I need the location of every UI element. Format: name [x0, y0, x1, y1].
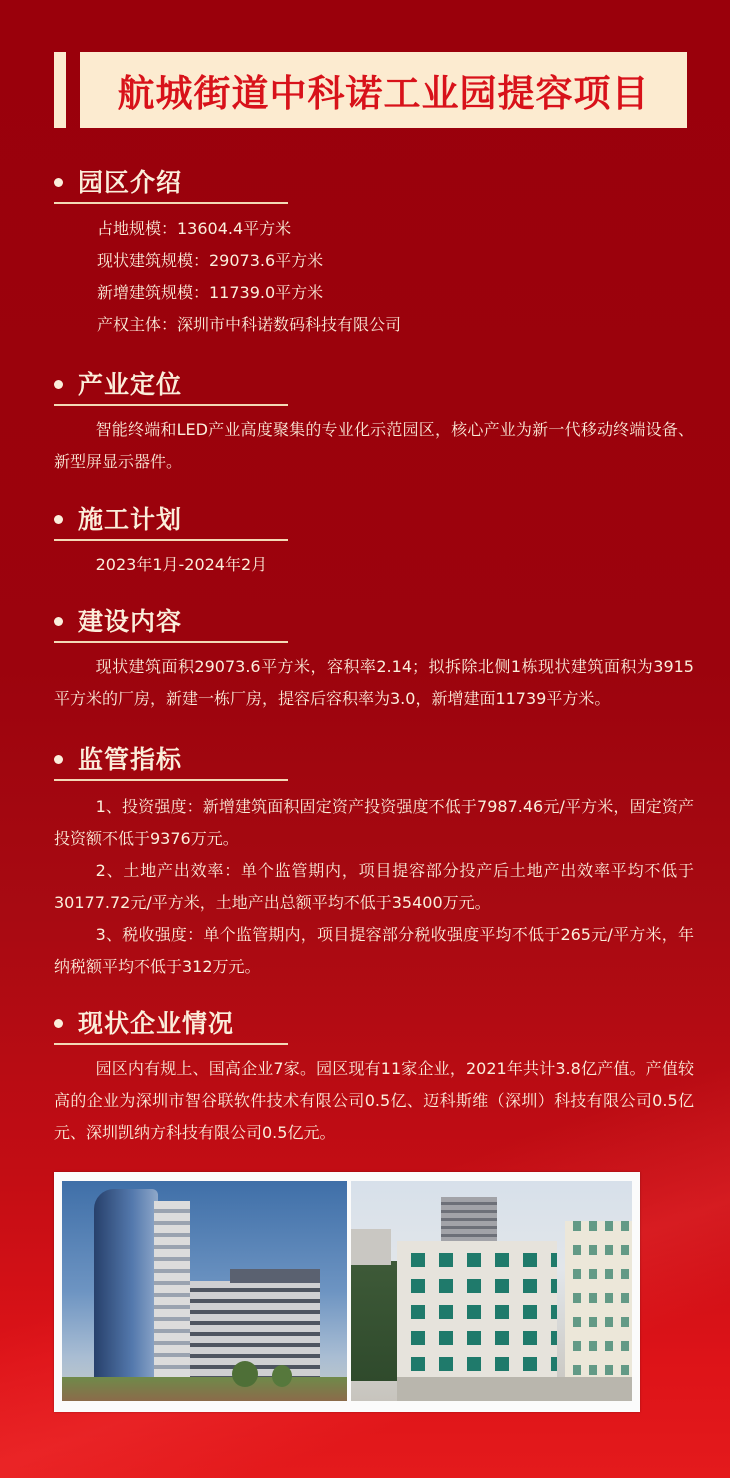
heading-text: 现状企业情况	[78, 1004, 234, 1040]
section-heading: 园区介绍	[54, 160, 288, 204]
heading-text: 园区介绍	[78, 163, 182, 199]
photo-frame	[54, 1172, 640, 1412]
title-banner: 航城街道中科诺工业园提容项目	[54, 52, 687, 128]
section-park-intro: 园区介绍 占地规模：13604.4平方米 现状建筑规模：29073.6平方米 新…	[54, 160, 694, 341]
bullet-icon	[54, 1019, 63, 1028]
bullet-icon	[54, 617, 63, 626]
section-schedule: 施工计划 2023年1月-2024年2月	[54, 497, 694, 581]
industry-text: 智能终端和LED产业高度聚集的专业化示范园区，核心产业为新一代移动终端设备、新型…	[54, 414, 694, 478]
bullet-icon	[54, 380, 63, 389]
section-supervision: 监管指标 1、投资强度：新增建筑面积固定资产投资强度不低于7987.46元/平方…	[54, 737, 694, 983]
schedule-text: 2023年1月-2024年2月	[54, 549, 694, 581]
supervision-item: 1、投资强度：新增建筑面积固定资产投资强度不低于7987.46元/平方米，固定资…	[54, 791, 694, 855]
page-title: 航城街道中科诺工业园提容项目	[118, 63, 650, 117]
title-box: 航城街道中科诺工业园提容项目	[80, 52, 687, 128]
section-heading: 施工计划	[54, 497, 288, 541]
section-heading: 产业定位	[54, 362, 288, 406]
enterprises-text: 园区内有规上、国高企业7家。园区现有11家企业，2021年共计3.8亿产值。产值…	[54, 1053, 694, 1149]
heading-text: 建设内容	[78, 602, 182, 638]
section-industry: 产业定位 智能终端和LED产业高度聚集的专业化示范园区，核心产业为新一代移动终端…	[54, 362, 694, 478]
park-intro-list: 占地规模：13604.4平方米 现状建筑规模：29073.6平方米 新增建筑规模…	[97, 213, 694, 341]
section-heading: 建设内容	[54, 599, 288, 643]
list-item: 现状建筑规模：29073.6平方米	[97, 245, 694, 277]
list-item: 新增建筑规模：11739.0平方米	[97, 277, 694, 309]
current-factory-photo	[351, 1181, 632, 1401]
section-heading: 现状企业情况	[54, 1001, 288, 1045]
supervision-item: 3、税收强度：单个监管期内，项目提容部分税收强度平均不低于265元/平方米，年纳…	[54, 919, 694, 983]
rendering-new-building-image	[62, 1181, 347, 1401]
bullet-icon	[54, 178, 63, 187]
section-enterprises: 现状企业情况 园区内有规上、国高企业7家。园区现有11家企业，2021年共计3.…	[54, 1001, 694, 1149]
heading-text: 施工计划	[78, 500, 182, 536]
bullet-icon	[54, 515, 63, 524]
heading-text: 产业定位	[78, 365, 182, 401]
title-accent-bar	[54, 52, 66, 128]
section-construction: 建设内容 现状建筑面积29073.6平方米，容积率2.14；拟拆除北侧1栋现状建…	[54, 599, 694, 715]
bullet-icon	[54, 755, 63, 764]
construction-text: 现状建筑面积29073.6平方米，容积率2.14；拟拆除北侧1栋现状建筑面积为3…	[54, 651, 694, 715]
supervision-item: 2、土地产出效率：单个监管期内，项目提容部分投产后土地产出效率平均不低于3017…	[54, 855, 694, 919]
section-heading: 监管指标	[54, 737, 288, 781]
list-item: 产权主体：深圳市中科诺数码科技有限公司	[97, 309, 694, 341]
heading-text: 监管指标	[78, 740, 182, 776]
list-item: 占地规模：13604.4平方米	[97, 213, 694, 245]
